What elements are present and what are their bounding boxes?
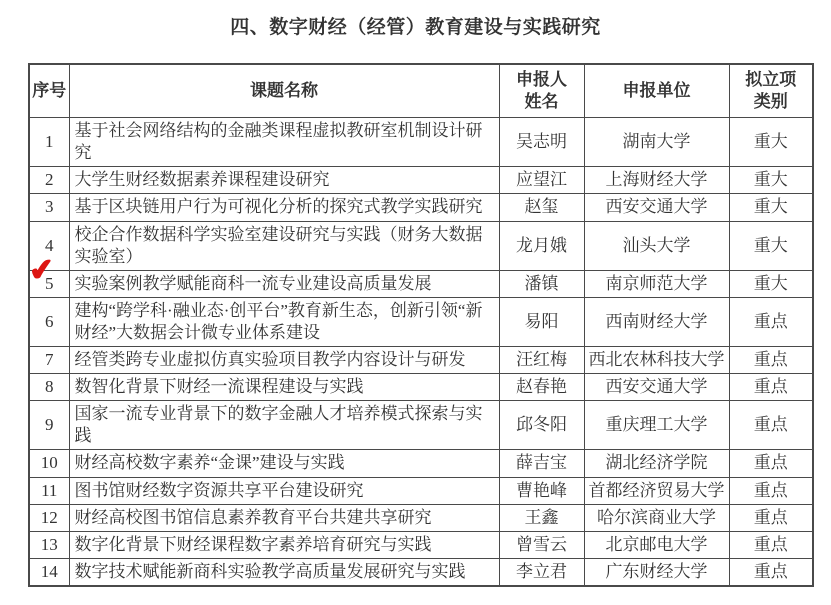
- table-header: 序号 课题名称 申报人 姓名 申报单位 拟立项 类别: [29, 64, 813, 118]
- applicant-name-cell: 王鑫: [499, 504, 584, 531]
- applicant-unit-cell: 西北农林科技大学: [584, 347, 729, 374]
- category-cell: 重大: [729, 167, 813, 194]
- category-cell: 重大: [729, 270, 813, 297]
- category-cell: 重大: [729, 221, 813, 270]
- applicant-unit-cell: 汕头大学: [584, 221, 729, 270]
- category-cell: 重大: [729, 194, 813, 221]
- applicant-unit-cell: 西安交通大学: [584, 374, 729, 401]
- applicant-unit-cell: 首都经济贸易大学: [584, 477, 729, 504]
- row-number-cell: 6: [29, 297, 69, 346]
- row-number-cell: 8: [29, 374, 69, 401]
- project-name-cell: 校企合作数据科学实验室建设研究与实践（财务大数据实验室）: [69, 221, 499, 270]
- applicant-name-cell: 潘镇: [499, 270, 584, 297]
- project-name-cell: 财经高校数字素养“金课”建设与实践: [69, 450, 499, 477]
- applicant-unit-cell: 湖南大学: [584, 118, 729, 167]
- category-cell: 重点: [729, 347, 813, 374]
- table-row: 5实验案例教学赋能商科一流专业建设高质量发展潘镇南京师范大学重大: [29, 270, 813, 297]
- project-name-cell: 数字技术赋能新商科实验教学高质量发展研究与实践: [69, 558, 499, 586]
- project-name-cell: 经管类跨专业虚拟仿真实验项目教学内容设计与研发: [69, 347, 499, 374]
- table-row: 14数字技术赋能新商科实验教学高质量发展研究与实践李立君广东财经大学重点: [29, 558, 813, 586]
- row-number-cell: 4✔: [29, 221, 69, 270]
- table-row: 6建构“跨学科·融业态·创平台”教育新生态，创新引领“新财经”大数据会计微专业体…: [29, 297, 813, 346]
- page-title: 四、数字财经（经管）教育建设与实践研究: [0, 0, 831, 39]
- project-name-cell: 数智化背景下财经一流课程建设与实践: [69, 374, 499, 401]
- table-row: 1基于社会网络结构的金融类课程虚拟教研室机制设计研究吴志明湖南大学重大: [29, 118, 813, 167]
- row-number-cell: 1: [29, 118, 69, 167]
- category-cell: 重点: [729, 477, 813, 504]
- project-name-cell: 基于社会网络结构的金融类课程虚拟教研室机制设计研究: [69, 118, 499, 167]
- row-number-cell: 2: [29, 167, 69, 194]
- applicant-unit-cell: 北京邮电大学: [584, 531, 729, 558]
- project-name-cell: 实验案例教学赋能商科一流专业建设高质量发展: [69, 270, 499, 297]
- project-name-cell: 图书馆财经数字资源共享平台建设研究: [69, 477, 499, 504]
- row-number-cell: 11: [29, 477, 69, 504]
- row-number-cell: 10: [29, 450, 69, 477]
- project-name-cell: 数字化背景下财经课程数字素养培育研究与实践: [69, 531, 499, 558]
- table-body: 1基于社会网络结构的金融类课程虚拟教研室机制设计研究吴志明湖南大学重大2大学生财…: [29, 118, 813, 586]
- projects-table: 序号 课题名称 申报人 姓名 申报单位 拟立项 类别 1基于社会网络结构的金融类…: [28, 63, 814, 587]
- table-row: 2大学生财经数据素养课程建设研究应望江上海财经大学重大: [29, 167, 813, 194]
- applicant-name-cell: 李立君: [499, 558, 584, 586]
- table-row: 7经管类跨专业虚拟仿真实验项目教学内容设计与研发汪红梅西北农林科技大学重点: [29, 347, 813, 374]
- header-申报单位: 申报单位: [584, 64, 729, 118]
- header-申报人姓名: 申报人 姓名: [499, 64, 584, 118]
- row-number-cell: 13: [29, 531, 69, 558]
- applicant-unit-cell: 西安交通大学: [584, 194, 729, 221]
- category-cell: 重点: [729, 297, 813, 346]
- table-row: 13数字化背景下财经课程数字素养培育研究与实践曾雪云北京邮电大学重点: [29, 531, 813, 558]
- category-cell: 重点: [729, 374, 813, 401]
- row-number-cell: 7: [29, 347, 69, 374]
- applicant-name-cell: 赵春艳: [499, 374, 584, 401]
- table-row: 11图书馆财经数字资源共享平台建设研究曹艳峰首都经济贸易大学重点: [29, 477, 813, 504]
- row-number-cell: 5: [29, 270, 69, 297]
- project-name-cell: 大学生财经数据素养课程建设研究: [69, 167, 499, 194]
- applicant-name-cell: 应望江: [499, 167, 584, 194]
- table-row: 12财经高校图书馆信息素养教育平台共建共享研究王鑫哈尔滨商业大学重点: [29, 504, 813, 531]
- applicant-name-cell: 曾雪云: [499, 531, 584, 558]
- project-name-cell: 建构“跨学科·融业态·创平台”教育新生态，创新引领“新财经”大数据会计微专业体系…: [69, 297, 499, 346]
- applicant-name-cell: 吴志明: [499, 118, 584, 167]
- table-row: 3基于区块链用户行为可视化分析的探究式教学实践研究赵玺西安交通大学重大: [29, 194, 813, 221]
- applicant-unit-cell: 上海财经大学: [584, 167, 729, 194]
- category-cell: 重大: [729, 118, 813, 167]
- applicant-name-cell: 易阳: [499, 297, 584, 346]
- row-number-cell: 3: [29, 194, 69, 221]
- table-row: 10财经高校数字素养“金课”建设与实践薛吉宝湖北经济学院重点: [29, 450, 813, 477]
- header-row: 序号 课题名称 申报人 姓名 申报单位 拟立项 类别: [29, 64, 813, 118]
- applicant-unit-cell: 湖北经济学院: [584, 450, 729, 477]
- applicant-unit-cell: 西南财经大学: [584, 297, 729, 346]
- applicant-unit-cell: 哈尔滨商业大学: [584, 504, 729, 531]
- row-number-cell: 9: [29, 401, 69, 450]
- applicant-unit-cell: 广东财经大学: [584, 558, 729, 586]
- header-拟立项类别: 拟立项 类别: [729, 64, 813, 118]
- category-cell: 重点: [729, 531, 813, 558]
- table-row: 8数智化背景下财经一流课程建设与实践赵春艳西安交通大学重点: [29, 374, 813, 401]
- applicant-name-cell: 薛吉宝: [499, 450, 584, 477]
- row-number-cell: 12: [29, 504, 69, 531]
- project-name-cell: 基于区块链用户行为可视化分析的探究式教学实践研究: [69, 194, 499, 221]
- applicant-unit-cell: 重庆理工大学: [584, 401, 729, 450]
- header-课题名称: 课题名称: [69, 64, 499, 118]
- header-序号: 序号: [29, 64, 69, 118]
- project-name-cell: 国家一流专业背景下的数字金融人才培养模式探索与实践: [69, 401, 499, 450]
- table-row: 9国家一流专业背景下的数字金融人才培养模式探索与实践邱冬阳重庆理工大学重点: [29, 401, 813, 450]
- category-cell: 重点: [729, 504, 813, 531]
- applicant-name-cell: 赵玺: [499, 194, 584, 221]
- table-row: 4✔校企合作数据科学实验室建设研究与实践（财务大数据实验室）龙月娥汕头大学重大: [29, 221, 813, 270]
- applicant-name-cell: 曹艳峰: [499, 477, 584, 504]
- project-name-cell: 财经高校图书馆信息素养教育平台共建共享研究: [69, 504, 499, 531]
- category-cell: 重点: [729, 401, 813, 450]
- applicant-name-cell: 邱冬阳: [499, 401, 584, 450]
- applicant-unit-cell: 南京师范大学: [584, 270, 729, 297]
- row-number-cell: 14: [29, 558, 69, 586]
- applicant-name-cell: 汪红梅: [499, 347, 584, 374]
- applicant-name-cell: 龙月娥: [499, 221, 584, 270]
- category-cell: 重点: [729, 450, 813, 477]
- category-cell: 重点: [729, 558, 813, 586]
